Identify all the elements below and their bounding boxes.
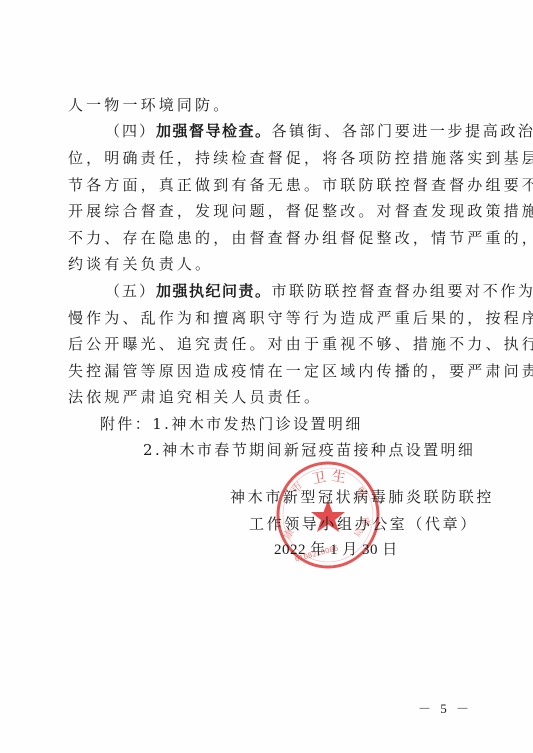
section-5-first-line: （五）加强执纪问责。市联防联控督查督办组要对不作为、 [68,278,470,304]
section-5-text: 市联防联控督查督办组要对不作为、 [272,282,533,300]
paragraph-line: 不力、存在隐患的，由督查督办组督促整改，情节严重的，直接 [68,225,470,251]
paragraph-line: 位，明确责任，持续检查督促，将各项防控措施落实到基层各环 [68,145,470,171]
signature-date: 2022 年 1 月 30 日 [274,537,398,563]
paragraph-line: 失控漏管等原因造成疫情在一定区域内传播的，要严肃问责，依 [68,358,470,384]
paragraph-line: 人一物一环境同防。 [68,92,470,118]
attachment-line-1: 附件：1.神木市发热门诊设置明细 [100,411,460,437]
section-4-first-line: （四）加强督导检查。各镇街、各部门要进一步提高政治站 [68,118,470,144]
section-4-number: （四） [105,122,156,140]
section-4-heading: 加强督导检查。 [156,122,272,140]
paragraph-line: 约谈有关负责人。 [68,251,470,277]
paragraph-line: 节各方面，真正做到有备无患。市联防联控督查督办组要不定期 [68,172,470,198]
paragraph-line: 后公开曝光、追究责任。对由于重视不够、措施不力、执行不严、 [68,331,470,357]
section-4-text: 各镇街、各部门要进一步提高政治站 [272,122,533,140]
signature-org-line-2: 工作领导小组办公室（代章） [249,511,478,537]
paragraph-line: 法依规严肃追究相关人员责任。 [68,384,470,410]
document-page: 人一物一环境同防。 （四）加强督导检查。各镇街、各部门要进一步提高政治站 位，明… [0,0,533,753]
section-5-number: （五） [105,282,156,300]
signature-org-line-1: 神木市新型冠状病毒肺炎联防联控 [230,484,494,510]
paragraph-line: 开展综合督查，发现问题，督促整改。对督查发现政策措施落实 [68,198,470,224]
attachment-item: 1.神木市发热门诊设置明细 [152,415,363,433]
attachments-label: 附件： [100,415,152,433]
section-5-heading: 加强执纪问责。 [156,282,272,300]
paragraph-line: 慢作为、乱作为和擅离职守等行为造成严重后果的，按程序报批 [68,305,470,331]
page-number: － 5 － [418,698,472,717]
